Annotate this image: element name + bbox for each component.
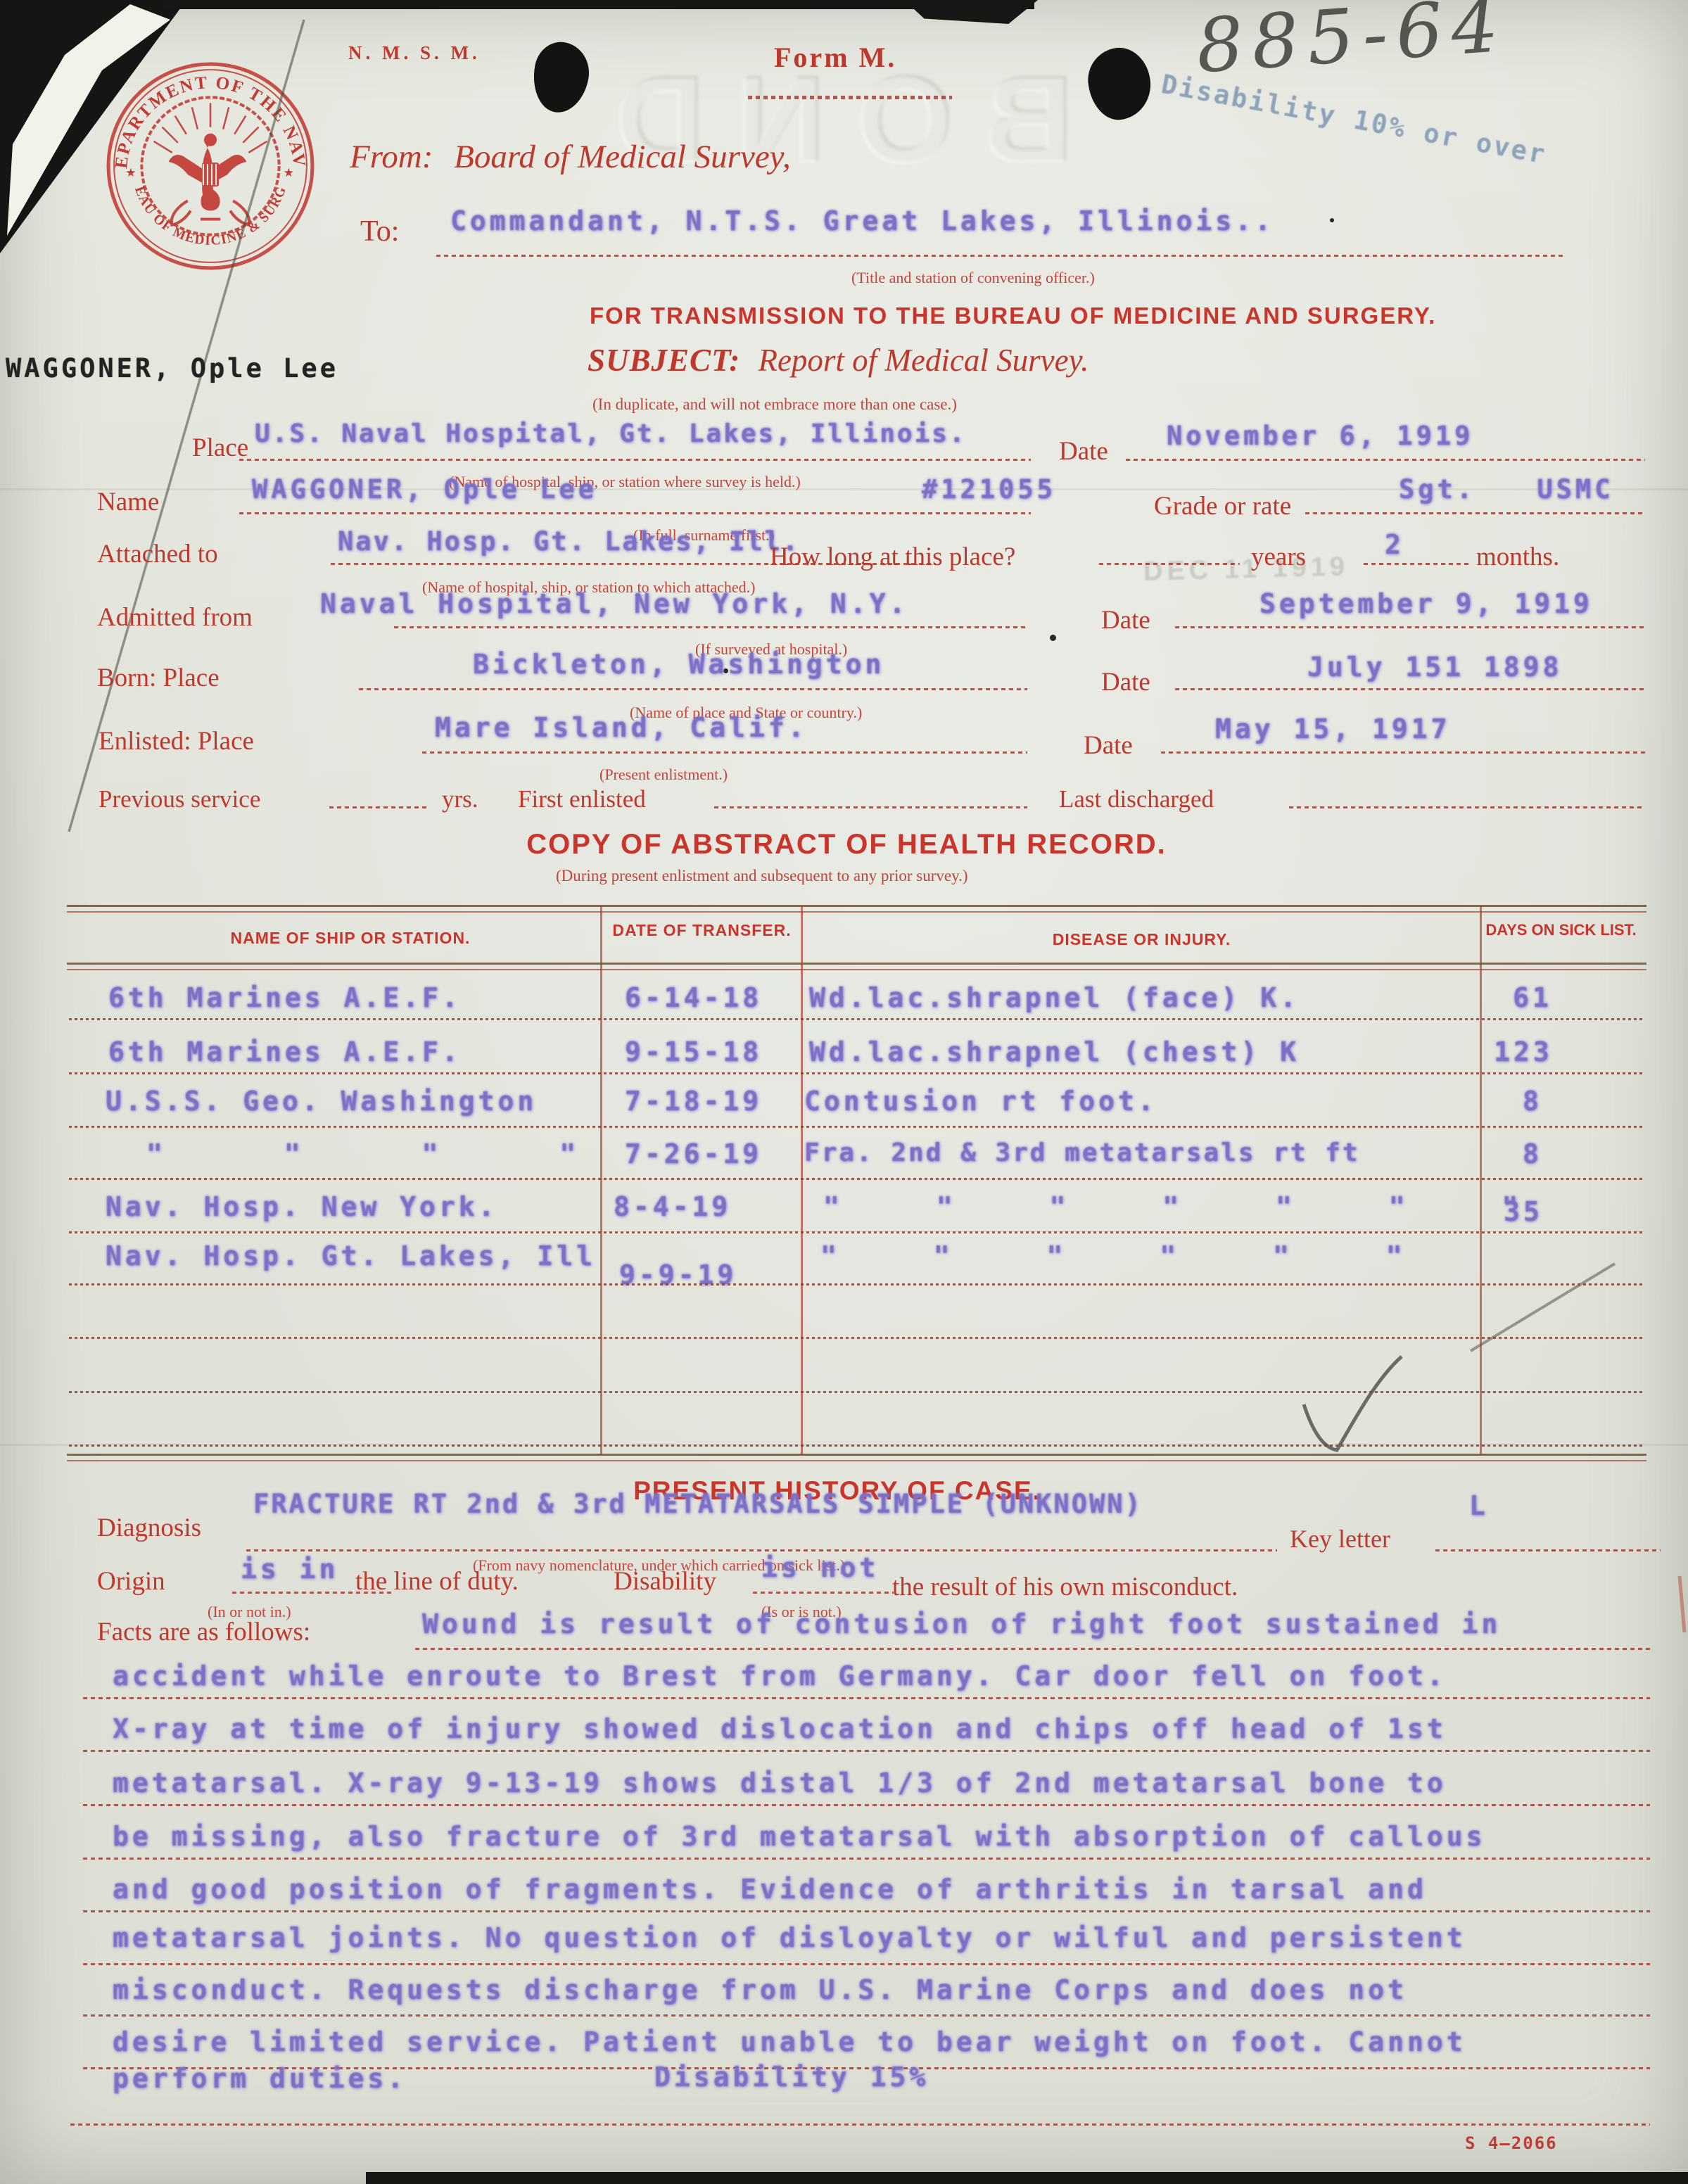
facts-rule [83,2014,1650,2017]
form-number-underline [748,96,952,99]
table-row-disease: Contusion rt foot. [804,1086,1157,1117]
key-letter-value: L [1469,1490,1489,1521]
table-row-rule [69,1072,1645,1074]
key-letter-label: Key letter [1290,1524,1390,1554]
diagnosis-value: FRACTURE RT 2nd & 3rd METATARSALS SIMPLE… [253,1489,1143,1519]
subject-line: SUBJECT: Report of Medical Survey. [588,342,1089,379]
transmission-heading: FOR TRANSMISSION TO THE BUREAU OF MEDICI… [590,303,1332,329]
table-row-days: 123 [1467,1036,1580,1067]
facts-rule [415,1648,1650,1650]
table-row-date: 6-14-18 [625,982,762,1013]
table-col-sep-2 [801,906,803,1455]
patient-name-annotation: WAGGONER, Ople Lee [6,353,338,383]
years-rule [1099,563,1240,565]
last-discharged-label: Last discharged [1059,785,1214,813]
table-row-date: 7-18-19 [625,1086,762,1117]
facts-rule [83,1804,1650,1806]
first-enlisted-rule [714,806,1027,808]
from-value: Board of Medical Survey, [454,139,791,175]
table-row-date: 9-9-19 [619,1259,737,1290]
origin-label: Origin [97,1566,165,1596]
col-header-date: DATE OF TRANSFER. [605,920,799,941]
key-letter-rule [1435,1549,1661,1551]
place-rule [239,459,1031,461]
yrs-label: yrs. [442,785,478,813]
table-row-disease: Wd.lac.shrapnel (face) K. [809,982,1300,1013]
enlisted-label: Enlisted: Place [99,726,254,756]
table-row-date: 8-4-19 [614,1191,731,1222]
facts-rule [83,1858,1650,1860]
misconduct-text: the result of his own misconduct. [892,1572,1238,1602]
table-row-days: 61 [1483,982,1582,1013]
table-row-rule [69,1126,1645,1128]
facts-line: accident while enroute to Brest from Ger… [113,1661,1447,1691]
duplicate-note: (In duplicate, and will not embrace more… [592,395,957,414]
born-label: Born: Place [97,663,220,693]
table-row-station: Nav. Hosp. New York. [106,1191,498,1222]
disability-label: Disability [614,1566,716,1596]
enlisted-rule [422,751,1027,754]
scanned-document: BOND DEPARTMENT OF THE NAVY BUREAU OF ME… [0,0,1688,2184]
date1-label: Date [1059,436,1108,466]
grade-value: Sgt. USMC [1399,474,1613,504]
date3-label: Date [1101,667,1150,697]
subject-value: Report of Medical Survey. [758,343,1089,378]
abstract-subtitle: (During present enlistment and subsequen… [556,867,968,885]
enlisted-value: Mare Island, Calif. [435,712,808,743]
table-row-rule [69,1391,1645,1393]
table-row-rule [69,1337,1645,1339]
prev-service-rule [329,806,429,808]
table-row-rule [69,1445,1645,1447]
table-top-border [67,905,1646,913]
date2-label: Date [1101,605,1150,635]
table-row-days: 8 [1483,1086,1582,1117]
name-value: WAGGONER, Ople Lee [252,474,597,504]
to-value: Commandant, N.T.S. Great Lakes, Illinois… [450,205,1274,236]
to-caption: (Title and station of convening officer.… [851,269,1095,287]
origin-value: is in [241,1554,338,1585]
form-number: Form M. [774,41,896,74]
place-value: U.S. Naval Hospital, Gt. Lakes, Illinois… [255,419,967,448]
facts-rule [83,1750,1650,1752]
table-row-station: U.S.S. Geo. Washington [106,1086,537,1117]
admitted-rule [394,626,1027,628]
date4-rule [1161,751,1645,754]
facts-line: be missing, also fracture of 3rd metatar… [113,1821,1485,1852]
table-row-days: 8 [1483,1138,1582,1169]
col-header-disease: DISEASE OR INJURY. [911,930,1372,949]
date1-rule [1126,459,1645,461]
col-header-days: DAYS ON SICK LIST. [1482,920,1640,940]
table-row-station: 6th Marines A.E.F. [108,1036,462,1067]
disability-rule [753,1592,894,1594]
born-value: Bickleton, Washington [473,649,884,680]
name-label: Name [97,487,159,517]
admitted-value: Naval Hospital, New York, N.Y. [320,588,908,619]
facts-line: X-ray at time of injury showed dislocati… [113,1713,1447,1744]
date1-value: November 6, 1919 [1167,421,1473,451]
facts-line: misconduct. Requests discharge from U.S.… [113,1974,1407,2005]
from-line: From: Board of Medical Survey, [350,138,791,176]
grade-rule [1305,512,1645,514]
abstract-title: COPY OF ABSTRACT OF HEALTH RECORD. [484,829,1209,861]
attached-value: Nav. Hosp. Gt. Lakes, Ill. [338,526,800,557]
date4-value: May 15, 1917 [1215,713,1451,744]
months-rule [1364,563,1471,565]
facts-line: and good position of fragments. Evidence… [113,1874,1427,1905]
table-row-station: 6th Marines A.E.F. [108,982,462,1013]
table-row-disease: Wd.lac.shrapnel (chest) K [809,1036,1300,1067]
table-row-days: 35 [1467,1196,1580,1227]
table-col-sep-1 [600,906,602,1455]
table-header-border [67,963,1646,970]
facts-rule [83,1910,1650,1912]
date3-value: July 151 1898 [1307,652,1562,682]
admitted-label: Admitted from [97,602,253,633]
table-row-rule [69,1018,1645,1020]
facts-line: metatarsal joints. No question of disloy… [113,1922,1466,1953]
col-header-station: NAME OF SHIP OR STATION. [199,929,502,948]
enlisted-caption: (Present enlistment.) [599,766,728,784]
table-col-sep-3 [1480,906,1482,1455]
first-enlisted-label: First enlisted [518,785,646,813]
disability-value: is not [761,1552,879,1583]
table-row-rule [69,1178,1645,1180]
to-rule [436,255,1566,257]
service-number: #121055 [922,474,1056,504]
table-bottom-border [67,1454,1646,1461]
print-code: S 4—2066 [1465,2133,1558,2153]
table-row-station: " " " " [146,1138,579,1169]
years-label: years [1251,542,1306,572]
born-rule [359,688,1027,690]
table-row-disease: Fra. 2nd & 3rd metatarsals rt ft [804,1138,1360,1167]
attached-label: Attached to [97,539,218,569]
facts-line: desire limited service. Patient unable t… [113,2026,1466,2057]
table-row-rule [69,1283,1645,1285]
table-row-disease: " " " " " " " [823,1191,1521,1222]
facts-label: Facts are as follows: [97,1617,310,1647]
howlong-label: How long at this place? [770,542,1015,572]
form-series-code: N. M. S. M. [348,42,481,64]
table-row-disease: " " " " " " [820,1240,1406,1271]
months-value: 2 [1385,529,1404,560]
date2-value: September 9, 1919 [1259,588,1593,619]
name-rule [239,512,1031,514]
diagnosis-rule [246,1549,1277,1551]
table-row-date: 7-26-19 [625,1138,762,1169]
prev-service-label: Previous service [99,785,260,813]
months-label: months. [1476,542,1559,572]
table-row-station: Nav. Hosp. Gt. Lakes, Ill [106,1240,596,1271]
date3-rule [1175,688,1645,690]
facts-rule [83,1963,1650,1965]
facts-line: Wound is result of contusion of right fo… [422,1608,1501,1639]
diagnosis-label: Diagnosis [97,1513,201,1543]
disability-percentage: Disability 15% [654,2062,929,2093]
facts-line: perform duties. [113,2063,407,2094]
grade-label: Grade or rate [1154,491,1291,521]
to-label: To: [360,215,399,248]
date2-rule [1175,626,1645,628]
facts-rule [83,1697,1650,1699]
facts-rule [70,2123,1650,2126]
facts-line: metatarsal. X-ray 9-13-19 shows distal 1… [113,1767,1447,1798]
line-of-duty-text: the line of duty. [355,1566,519,1596]
last-discharged-rule [1289,806,1645,808]
date4-label: Date [1084,730,1133,761]
table-row-date: 9-15-18 [625,1036,762,1067]
table-row-rule [69,1231,1645,1233]
from-label: From: [350,139,433,175]
subject-label: SUBJECT: [588,343,740,378]
ghost-date-stamp: DEC 11 1919 [1143,552,1349,588]
